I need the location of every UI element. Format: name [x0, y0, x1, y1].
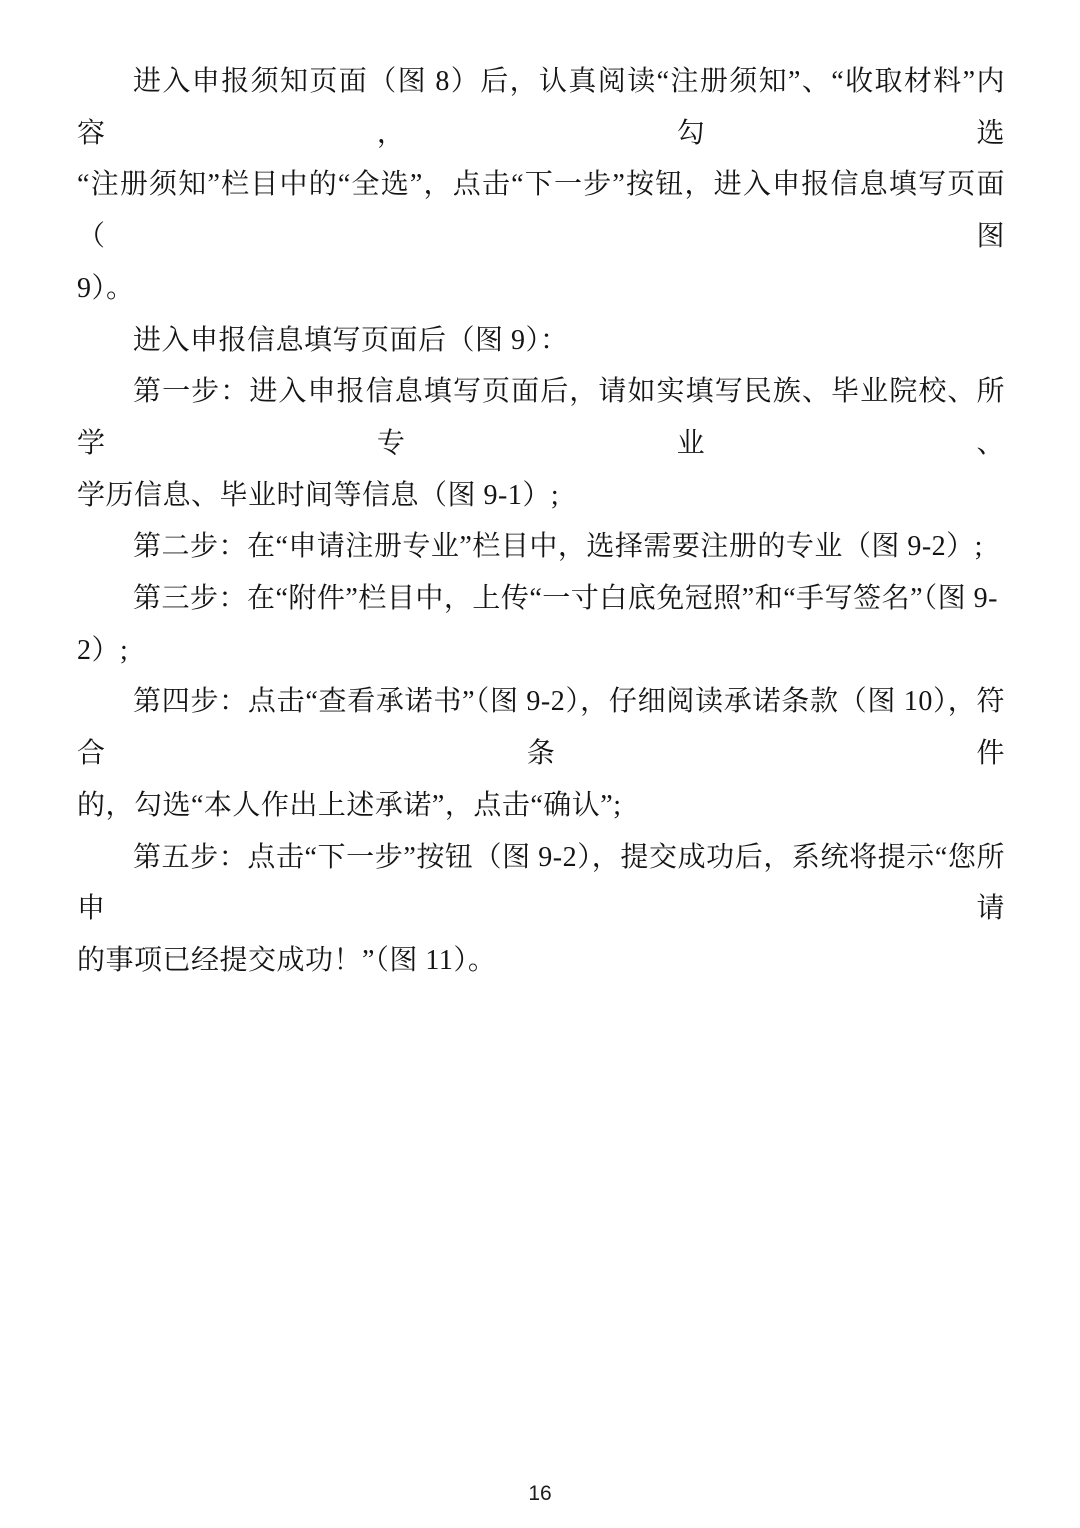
text-line: 第一步：进入申报信息填写页面后，请如实填写民族、毕业院校、所学专业、	[77, 366, 1005, 469]
document-page: 进入申报须知页面（图 8）后，认真阅读“注册须知”、“收取材料”内容，勾选“注册…	[0, 0, 1080, 1528]
text-line: 进入申报须知页面（图 8）后，认真阅读“注册须知”、“收取材料”内容，勾选	[77, 56, 1005, 159]
text-line: 第四步：点击“查看承诺书”（图 9-2），仔细阅读承诺条款（图 10），符合条件	[77, 676, 1005, 779]
text-line: 的事项已经提交成功！”（图 11）。	[77, 935, 1005, 987]
text-line: “注册须知”栏目中的“全选”，点击“下一步”按钮，进入申报信息填写页面（图	[77, 159, 1005, 262]
text-line: 9）。	[77, 263, 1005, 315]
text-line: 学历信息、毕业时间等信息（图 9-1）;	[77, 470, 1005, 522]
text-line: 的，勾选“本人作出上述承诺”，点击“确认”;	[77, 780, 1005, 832]
text-line: 第二步：在“申请注册专业”栏目中，选择需要注册的专业（图 9-2）;	[77, 521, 1005, 573]
page-number: 16	[0, 1482, 1080, 1506]
text-line: 进入申报信息填写页面后（图 9）：	[77, 315, 1005, 367]
document-body: 进入申报须知页面（图 8）后，认真阅读“注册须知”、“收取材料”内容，勾选“注册…	[77, 56, 1005, 987]
text-line: 第三步：在“附件”栏目中，上传“一寸白底免冠照”和“手写签名”（图 9-2）;	[77, 573, 1005, 676]
text-line: 第五步：点击“下一步”按钮（图 9-2），提交成功后，系统将提示“您所申请	[77, 832, 1005, 935]
